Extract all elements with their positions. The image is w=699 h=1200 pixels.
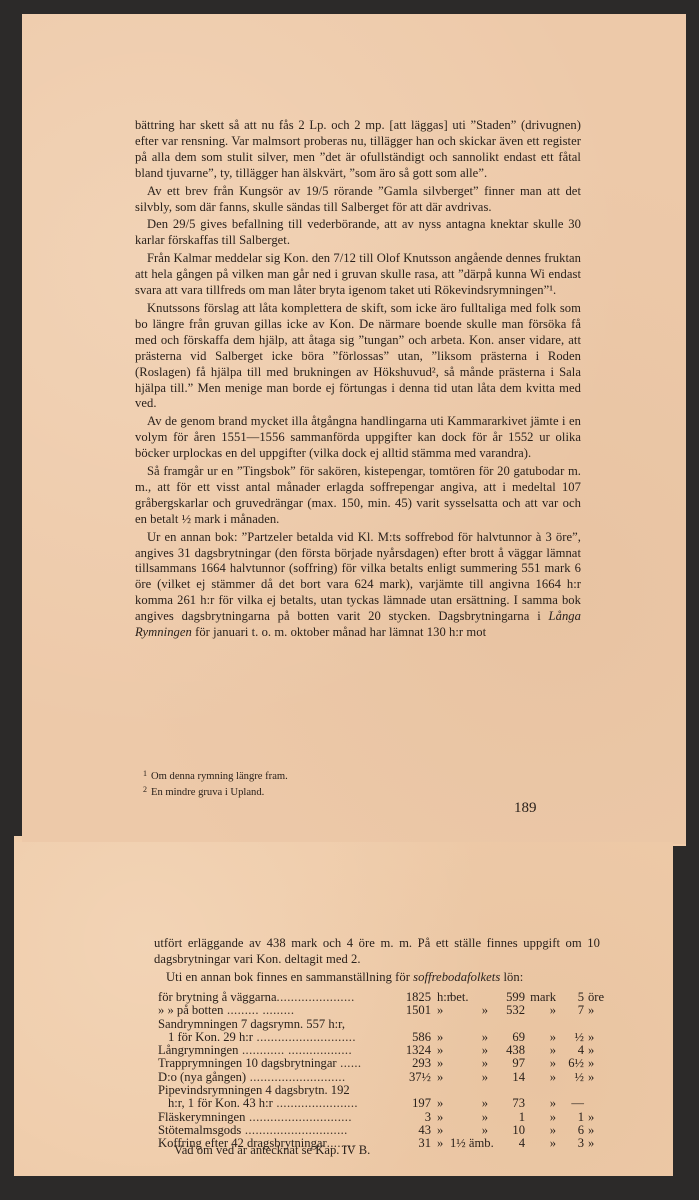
bet-cell: » [460,1111,488,1124]
count-cell: 293 [383,1057,431,1070]
table-row: Sandrymningen 7 dagsrymn. 557 h:r, [158,1018,598,1031]
upper-page: bättring har skett så att nu fås 2 Lp. o… [22,14,686,844]
hr-cell: » [437,1111,459,1124]
row-label: 1 för Kon. 29 h:r ......................… [168,1031,356,1044]
dot-leader: ............................ [253,1030,356,1044]
paragraph-text: Uti en annan bok finnes en sammanställni… [166,970,413,984]
row-label: h:r, 1 för Kon. 43 h:r .................… [168,1097,358,1110]
mark-cell: 69 [491,1031,525,1044]
row-label-text: Sandrymningen 7 dagsrymn. 557 h:r, [158,1017,345,1031]
row-label: » » på botten ......... ......... [158,1004,294,1017]
dot-leader: ............ .................. [238,1043,352,1057]
paragraph-text: för januari t. o. m. oktober månad har l… [192,625,486,639]
row-label-text: för brytning å väggarna [158,990,277,1004]
unit-cell: » [528,1071,556,1084]
ore-cell: 1 [558,1111,584,1124]
bet-cell: » [460,1031,488,1044]
paragraph: utfört erläggande av 438 mark och 4 öre … [154,936,600,968]
ore-unit-cell: » [588,1004,610,1017]
unit-cell: » [528,1124,556,1137]
footnote-number: 1 [143,769,147,778]
dot-leader: ............................. [245,1110,351,1124]
row-label: Långrymningen ............ .............… [158,1044,352,1057]
row-label-text: h:r, 1 för Kon. 43 h:r [168,1096,273,1110]
count-cell: 3 [383,1111,431,1124]
paragraph: bättring har skett så att nu fås 2 Lp. o… [135,118,581,182]
ore-cell: 5 [558,991,584,1004]
dot-leader: ...................... [277,990,355,1004]
bet-cell: » [460,1097,488,1110]
bet-cell: » [460,1071,488,1084]
table-row: D:o (nya gången) .......................… [158,1071,598,1084]
count-cell: 586 [383,1031,431,1044]
dot-leader: ....................... [273,1096,358,1110]
dot-leader: ......... ......... [223,1003,294,1017]
paragraph: Ur en annan bok: ”Partzeler betalda vid … [135,530,581,641]
ore-cell: 3 [558,1137,584,1150]
paragraph: Uti en annan bok finnes en sammanställni… [154,970,600,986]
ore-cell: 6 [558,1124,584,1137]
bet-cell: » [460,1044,488,1057]
row-label-text: Långrymningen [158,1043,238,1057]
ore-unit-cell: » [588,1071,610,1084]
hr-cell: » [437,1097,459,1110]
paragraph: Av ett brev från Kungsör av 19/5 rörande… [135,184,581,216]
footnote: 1Om denna rymning längre fram. [143,767,543,783]
ore-unit-cell: » [588,1111,610,1124]
page-number: 189 [514,800,537,817]
count-cell: 1324 [383,1044,431,1057]
row-label: Sandrymningen 7 dagsrymn. 557 h:r, [158,1018,345,1031]
unit-cell: » [528,1031,556,1044]
hr-cell: » [437,1071,459,1084]
unit-cell: » [528,1137,556,1150]
lower-body-text: utfört erläggande av 438 mark och 4 öre … [154,936,600,986]
italic-term: soffrebodafolkets [413,970,500,984]
bet-cell: » [460,1004,488,1017]
hr-cell: » [437,1031,459,1044]
row-label-text: D:o (nya gången) [158,1070,246,1084]
count-cell: 1501 [383,1004,431,1017]
footnote-text: En mindre gruva i Upland. [151,787,264,798]
unit-cell: » [528,1097,556,1110]
lower-page: utfört erläggande av 438 mark och 4 öre … [14,842,673,1176]
table-row: Långrymningen ............ .............… [158,1044,598,1057]
footnote: 2En mindre gruva i Upland. [143,783,543,799]
row-label-text: Pipevindsrymningen 4 dagsbrytn. 192 [158,1083,350,1097]
row-label-text: » » på botten [158,1003,223,1017]
ore-unit-cell: » [588,1057,610,1070]
mark-cell: 14 [491,1071,525,1084]
dot-leader: ........................... [246,1070,345,1084]
row-label: Trapprymningen 10 dagsbrytningar ...... [158,1057,361,1070]
footnote-text: Om denna rymning längre fram. [151,771,288,782]
table-row: för brytning å väggarna.................… [158,991,598,1004]
hr-cell: » [437,1057,459,1070]
ore-cell: 4 [558,1044,584,1057]
closing-note: Vad om ved är antecknat se Kap. IV B. [174,1143,370,1158]
paragraph: Knutssons förslag att låta komplettera d… [135,301,581,412]
table-row: Pipevindsrymningen 4 dagsbrytn. 192 [158,1084,598,1097]
paragraph-text: lön: [500,970,523,984]
row-label-text: Trapprymningen 10 dagsbrytningar [158,1056,337,1070]
ore-unit-cell: » [588,1031,610,1044]
paragraph-text: Ur en annan bok: ”Partzeler betalda vid … [135,530,581,624]
table-row: Stötemalmsgods .........................… [158,1124,598,1137]
ore-cell: ½ [558,1071,584,1084]
table-row: 1 för Kon. 29 h:r ......................… [158,1031,598,1044]
bet-cell: » [460,1057,488,1070]
upper-body-text: bättring har skett så att nu fås 2 Lp. o… [135,118,581,641]
footnotes: 1Om denna rymning längre fram. 2En mindr… [143,767,543,799]
row-label: D:o (nya gången) .......................… [158,1071,346,1084]
row-label-text: Fläskerymningen [158,1110,245,1124]
mark-cell: 4 [491,1137,525,1150]
ore-cell: 7 [558,1004,584,1017]
ore-cell: 6½ [558,1057,584,1070]
hr-cell: » [437,1044,459,1057]
unit-cell: » [528,1111,556,1124]
dot-leader: ...... [337,1056,362,1070]
row-label: för brytning å väggarna.................… [158,991,355,1004]
table-row: h:r, 1 för Kon. 43 h:r .................… [158,1097,598,1110]
mark-cell: 532 [491,1004,525,1017]
dot-leader: ............................. [241,1123,347,1137]
ore-unit-cell: öre [588,991,610,1004]
row-label: Pipevindsrymningen 4 dagsbrytn. 192 [158,1084,350,1097]
row-label-text: Stötemalmsgods [158,1123,241,1137]
ore-unit-cell: » [588,1044,610,1057]
unit-cell: » [528,1044,556,1057]
ore-unit-cell: » [588,1124,610,1137]
table-row: Fläskerymningen ........................… [158,1111,598,1124]
count-cell: 1825 [383,991,431,1004]
ore-unit-cell: » [588,1137,610,1150]
footnote-number: 2 [143,785,147,794]
wage-table: för brytning å väggarna.................… [158,991,598,1151]
row-label: Fläskerymningen ........................… [158,1111,352,1124]
mark-cell: 599 [491,991,525,1004]
ore-cell: — [558,1097,584,1110]
table-row: » » på botten ......... .........1501»»5… [158,1004,598,1017]
mark-cell: 10 [491,1124,525,1137]
count-cell: 37½ [383,1071,431,1084]
paragraph: Den 29/5 gives befallning till vederböra… [135,217,581,249]
unit-cell: » [528,1004,556,1017]
hr-cell: » [437,1004,459,1017]
mark-cell: 1 [491,1111,525,1124]
count-cell: 43 [383,1124,431,1137]
paragraph: Från Kalmar meddelar sig Kon. den 7/12 t… [135,251,581,299]
unit-cell: mark [528,991,556,1004]
count-cell: 31 [383,1137,431,1150]
table-row: Trapprymningen 10 dagsbrytningar ......2… [158,1057,598,1070]
ore-cell: ½ [558,1031,584,1044]
mark-cell: 73 [491,1097,525,1110]
count-cell: 197 [383,1097,431,1110]
hr-cell: » [437,1124,459,1137]
mark-cell: 97 [491,1057,525,1070]
paragraph: Så framgår ur en ”Tingsbok” för sakören,… [135,464,581,528]
unit-cell: » [528,1057,556,1070]
row-label: Stötemalmsgods .........................… [158,1124,348,1137]
bet-cell: » [460,1124,488,1137]
mark-cell: 438 [491,1044,525,1057]
paragraph: Av de genom brand mycket illa åtgångna h… [135,414,581,462]
row-label-text: 1 för Kon. 29 h:r [168,1030,253,1044]
